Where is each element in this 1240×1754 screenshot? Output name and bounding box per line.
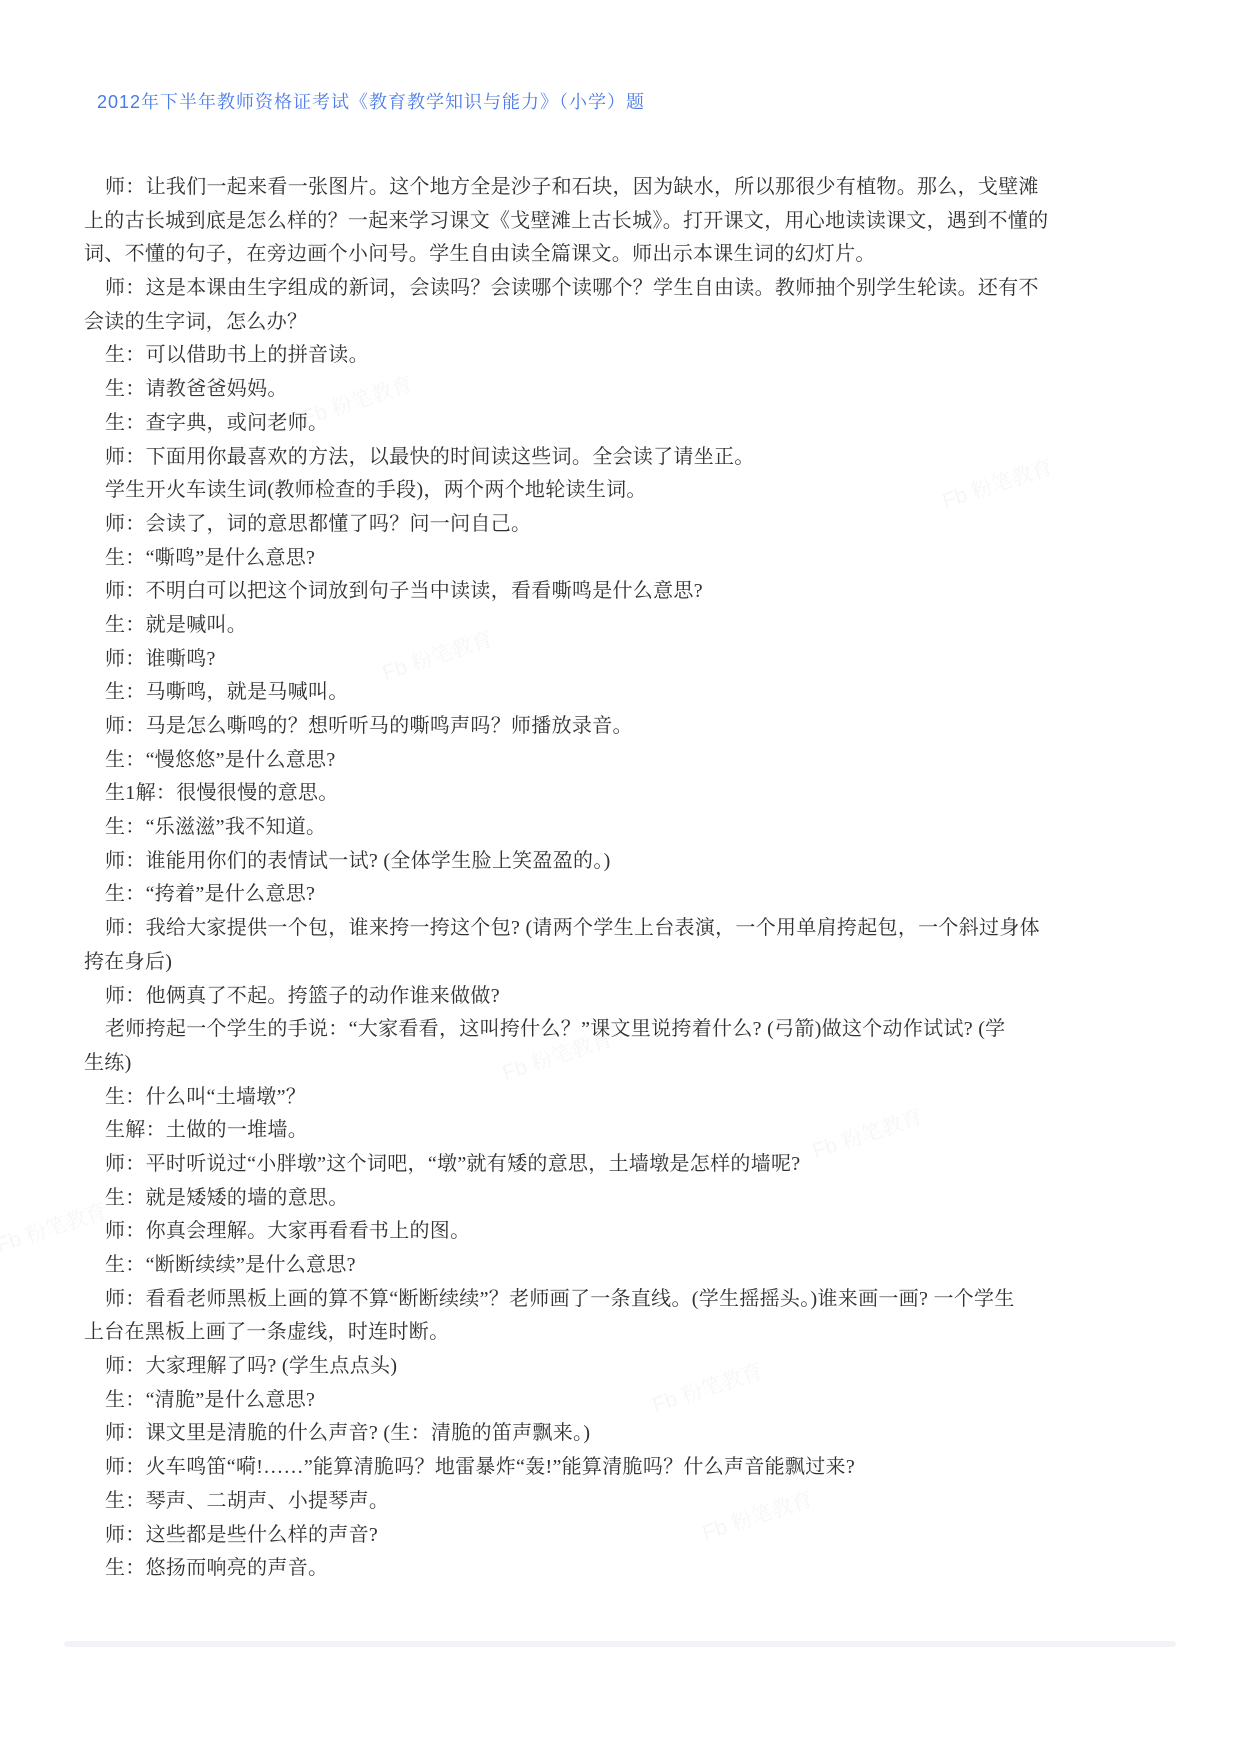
dialogue-line: 挎在身后) [84, 946, 1194, 980]
dialogue-line: 词、不懂的句子，在旁边画个小问号。学生自由读全篇课文。师出示本课生词的幻灯片。 [84, 238, 1194, 272]
page-title: 2012年下半年教师资格证考试《教育教学知识与能力》（小学）题 [97, 88, 645, 114]
dialogue-line: 生：什么叫“土墙墩”？ [84, 1081, 1194, 1115]
dialogue-line: 生练) [84, 1047, 1194, 1081]
dialogue-line: 师：我给大家提供一个包，谁来挎一挎这个包? (请两个学生上台表演，一个用单肩挎起… [84, 912, 1194, 946]
dialogue-line: 生1解：很慢很慢的意思。 [84, 777, 1194, 811]
dialogue-line: 师：平时听说过“小胖墩”这个词吧，“墩”就有矮的意思，土墙墩是怎样的墙呢? [84, 1148, 1194, 1182]
dialogue-line: 生：悠扬而响亮的声音。 [84, 1552, 1194, 1586]
footer-divider [64, 1641, 1176, 1647]
dialogue-line: 会读的生字词，怎么办？ [84, 306, 1194, 340]
dialogue-line: 生：“挎着”是什么意思? [84, 878, 1194, 912]
dialogue-line: 上的古长城到底是怎么样的？一起来学习课文《戈壁滩上古长城》。打开课文，用心地读读… [84, 205, 1194, 239]
dialogue-line: 生：查字典，或问老师。 [84, 407, 1194, 441]
dialogue-line: 上台在黑板上画了一条虚线，时连时断。 [84, 1316, 1194, 1350]
dialogue-line: 生：就是喊叫。 [84, 609, 1194, 643]
dialogue-line: 生：可以借助书上的拼音读。 [84, 339, 1194, 373]
dialogue-line: 生：请教爸爸妈妈。 [84, 373, 1194, 407]
dialogue-line: 师：大家理解了吗? (学生点点头) [84, 1350, 1194, 1384]
dialogue-line: 师：让我们一起来看一张图片。这个地方全是沙子和石块，因为缺水，所以那很少有植物。… [84, 171, 1194, 205]
dialogue-line: 生：“乐滋滋”我不知道。 [84, 811, 1194, 845]
dialogue-line: 生：“清脆”是什么意思? [84, 1384, 1194, 1418]
dialogue-line: 生解：土做的一堆墙。 [84, 1114, 1194, 1148]
dialogue-line: 师：不明白可以把这个词放到句子当中读读，看看嘶鸣是什么意思? [84, 575, 1194, 609]
dialogue-line: 师：他俩真了不起。挎篮子的动作谁来做做? [84, 980, 1194, 1014]
dialogue-line: 生：琴声、二胡声、小提琴声。 [84, 1485, 1194, 1519]
dialogue-line: 学生开火车读生词(教师检查的手段)，两个两个地轮读生词。 [84, 474, 1194, 508]
dialogue-line: 师：这些都是些什么样的声音? [84, 1519, 1194, 1553]
dialogue-line: 师：火车鸣笛“嗬!……”能算清脆吗？地雷暴炸“轰!”能算清脆吗？什么声音能飘过来… [84, 1451, 1194, 1485]
dialogue-line: 生：“嘶鸣”是什么意思? [84, 542, 1194, 576]
dialogue-line: 生：马嘶鸣，就是马喊叫。 [84, 676, 1194, 710]
dialogue-line: 生：就是矮矮的墙的意思。 [84, 1182, 1194, 1216]
dialogue-line: 师：你真会理解。大家再看看书上的图。 [84, 1215, 1194, 1249]
dialogue-line: 师：课文里是清脆的什么声音? (生：清脆的笛声飘来。) [84, 1417, 1194, 1451]
dialogue-line: 师：下面用你最喜欢的方法，以最快的时间读这些词。全会读了请坐正。 [84, 441, 1194, 475]
dialogue-line: 生：“慢悠悠”是什么意思? [84, 744, 1194, 778]
document-body: 师：让我们一起来看一张图片。这个地方全是沙子和石块，因为缺水，所以那很少有植物。… [84, 171, 1194, 1586]
dialogue-line: 师：这是本课由生字组成的新词，会读吗？会读哪个读哪个？学生自由读。教师抽个别学生… [84, 272, 1194, 306]
dialogue-line: 师：看看老师黑板上画的算不算“断断续续”？老师画了一条直线。(学生摇摇头。)谁来… [84, 1283, 1194, 1317]
dialogue-line: 师：马是怎么嘶鸣的？想听听马的嘶鸣声吗？师播放录音。 [84, 710, 1194, 744]
dialogue-line: 生：“断断续续”是什么意思? [84, 1249, 1194, 1283]
dialogue-line: 师：会读了，词的意思都懂了吗？问一问自己。 [84, 508, 1194, 542]
dialogue-line: 老师挎起一个学生的手说：“大家看看，这叫挎什么？”课文里说挎着什么? (弓箭)做… [84, 1013, 1194, 1047]
dialogue-line: 师：谁嘶鸣? [84, 643, 1194, 677]
dialogue-line: 师：谁能用你们的表情试一试? (全体学生脸上笑盈盈的。) [84, 845, 1194, 879]
